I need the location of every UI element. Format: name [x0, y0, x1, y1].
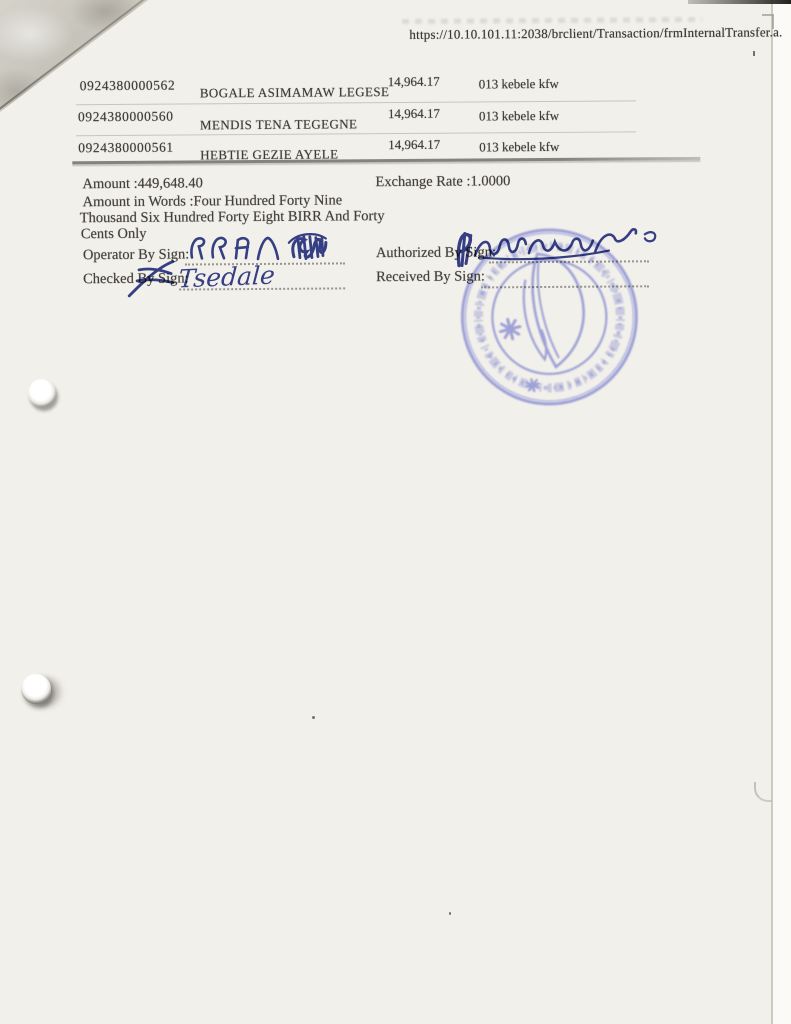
amount-in-words-3: Cents Only — [81, 226, 147, 243]
account-number: 0924380000560 — [78, 109, 174, 126]
circular-ink-stamp — [449, 216, 650, 417]
row-branch: 013 kebele kfw — [479, 108, 559, 125]
table-bottom-rule — [72, 157, 700, 164]
row-branch: 013 kebele kfw — [479, 76, 559, 93]
amount-in-words-2: Thousand Six Hundred Forty Eight BIRR An… — [80, 208, 385, 227]
scanned-document-page: https://10.10.101.11:2038/brclient/Trans… — [0, 0, 791, 1024]
account-number: 0924380000562 — [80, 78, 176, 95]
browser-print-url: https://10.10.101.11:2038/brclient/Trans… — [409, 24, 789, 43]
stamp-emblem-icon — [511, 246, 597, 371]
row-amount: 14,964.17 — [388, 74, 440, 90]
row-amount: 14,964.17 — [388, 106, 440, 122]
account-name: BOGALE ASIMAMAW LEGESE — [200, 84, 390, 101]
stamp-flower-icon — [498, 317, 522, 341]
row-branch: 013 kebele kfw — [479, 139, 559, 156]
row-amount: 14,964.17 — [388, 137, 440, 153]
checked-signature-text: Tsedale — [178, 261, 276, 294]
printed-content: https://10.10.101.11:2038/brclient/Trans… — [0, 0, 791, 1024]
row-divider — [76, 100, 636, 105]
amount-total: Amount :449,648.40 — [82, 175, 203, 193]
checked-signature: Tsedale — [123, 256, 353, 300]
exchange-rate: Exchange Rate :1.0000 — [375, 173, 510, 191]
account-name: MENDIS TENA TEGEGNE — [200, 116, 357, 133]
account-number: 0924380000561 — [78, 140, 174, 157]
